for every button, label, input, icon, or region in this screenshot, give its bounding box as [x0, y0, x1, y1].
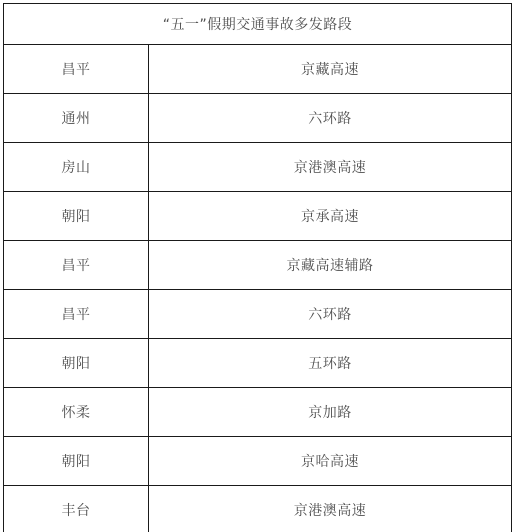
district-cell: 怀柔: [4, 388, 149, 437]
district-cell: 朝阳: [4, 339, 149, 388]
table-row: 朝阳 京承高速: [4, 192, 512, 241]
district-cell: 房山: [4, 143, 149, 192]
district-cell: 朝阳: [4, 437, 149, 486]
road-cell: 五环路: [149, 339, 512, 388]
table-row: 昌平 京藏高速: [4, 45, 512, 94]
road-cell: 京承高速: [149, 192, 512, 241]
table-title: “五一”假期交通事故多发路段: [4, 4, 512, 45]
accident-table: “五一”假期交通事故多发路段 昌平 京藏高速 通州 六环路 房山 京港澳高速 朝…: [3, 3, 512, 532]
road-cell: 六环路: [149, 290, 512, 339]
district-cell: 昌平: [4, 241, 149, 290]
road-cell: 京藏高速辅路: [149, 241, 512, 290]
table-row: 昌平 六环路: [4, 290, 512, 339]
district-cell: 昌平: [4, 45, 149, 94]
table-row: 通州 六环路: [4, 94, 512, 143]
district-cell: 朝阳: [4, 192, 149, 241]
table-row: 朝阳 京哈高速: [4, 437, 512, 486]
road-cell: 六环路: [149, 94, 512, 143]
road-cell: 京藏高速: [149, 45, 512, 94]
road-cell: 京加路: [149, 388, 512, 437]
road-cell: 京哈高速: [149, 437, 512, 486]
page-canvas: “五一”假期交通事故多发路段 昌平 京藏高速 通州 六环路 房山 京港澳高速 朝…: [0, 0, 516, 532]
district-cell: 丰台: [4, 486, 149, 532]
district-cell: 通州: [4, 94, 149, 143]
table-row: 朝阳 五环路: [4, 339, 512, 388]
table-row: 房山 京港澳高速: [4, 143, 512, 192]
table-title-row: “五一”假期交通事故多发路段: [4, 4, 512, 45]
table-row: 怀柔 京加路: [4, 388, 512, 437]
road-cell: 京港澳高速: [149, 486, 512, 532]
district-cell: 昌平: [4, 290, 149, 339]
table-row: 昌平 京藏高速辅路: [4, 241, 512, 290]
table-row: 丰台 京港澳高速: [4, 486, 512, 532]
road-cell: 京港澳高速: [149, 143, 512, 192]
